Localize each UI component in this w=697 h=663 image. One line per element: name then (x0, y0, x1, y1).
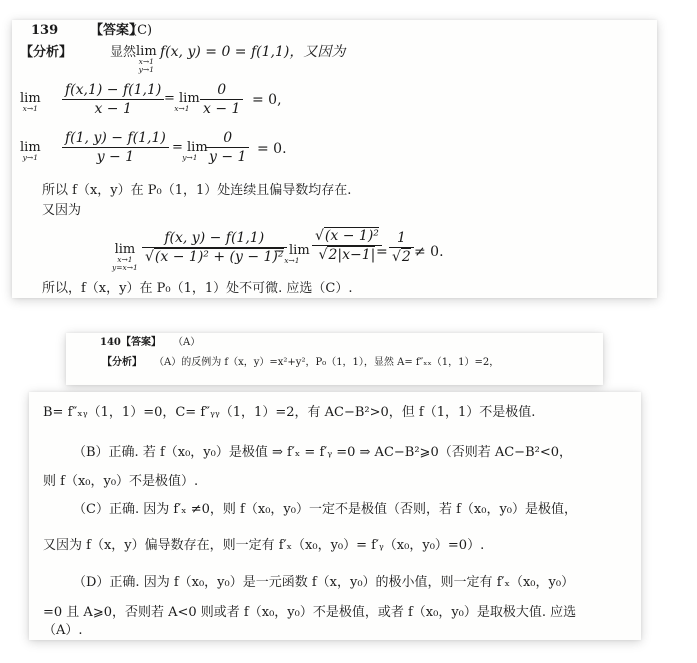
conclusion: 所以，f（x，y）在 P₀（1，1）处不可微. 应选（C）. (42, 281, 352, 297)
answer-value: （A） (173, 335, 200, 351)
analysis-label: 【分析】 (20, 45, 72, 61)
answer-value: (C) (132, 23, 152, 39)
analysis-prefix: 显然 (110, 45, 136, 61)
option-b-line-cont: 则 f（x₀，y₀）不是极值）. (43, 474, 198, 490)
option-b-line: （B）正确. 若 f（x₀，y₀）是极值 ⇒ f′ₓ = f′ᵧ =0 ⇒ AC… (73, 445, 572, 461)
option-c-line-cont: 又因为 f（x，y）偏导数存在，则一定有 f′ₓ（x₀，y₀）= f′ᵧ（x₀，… (43, 538, 484, 554)
analysis-text: （A）的反例为 f（x，y）=x²+y²，P₀（1，1），显然 A= f″ₓₓ（… (154, 355, 499, 371)
again-because: 又因为 (42, 203, 81, 219)
analysis-label: 【分析】 (102, 355, 142, 371)
solution-card-140-body: B= f″ₓᵧ（1，1）=0，C= f″ᵧᵧ（1，1）=2，有 AC−B²>0，… (29, 392, 641, 640)
solution-card-139: 139 【答案】 (C) 【分析】 显然 lim x→1 y→1 f(x, y)… (12, 20, 657, 298)
continuity-statement: 所以 f（x，y）在 P₀（1，1）处连续且偏导数均存在. (42, 183, 351, 199)
question-number: 140 (100, 335, 121, 351)
limit-expression: f(x, y) = 0 = f(1,1)，又因为 (160, 44, 345, 60)
limit-operator: lim x→1 y→1 (136, 45, 157, 74)
solution-line: B= f″ₓᵧ（1，1）=0，C= f″ᵧᵧ（1，1）=2，有 AC−B²>0，… (43, 405, 535, 421)
answer-label: 【答案】 (121, 335, 161, 351)
question-number: 139 (31, 23, 58, 39)
option-d-line: （D）正确. 因为 f（x₀，y₀）是一元函数 f（x，y₀）的极小值，则一定有… (73, 575, 574, 591)
final-answer: （A）. (43, 623, 83, 639)
option-d-line-cont: =0 且 A⩾0，否则若 A<0 则或者 f（x₀，y₀）不是极值，或者 f（x… (43, 605, 576, 621)
option-c-line: （C）正确. 因为 f′ₓ ≠0，则 f（x₀，y₀）一定不是极值（否则，若 f… (73, 502, 577, 518)
solution-card-140-header: 140 【答案】 （A） 【分析】 （A）的反例为 f（x，y）=x²+y²，P… (66, 333, 603, 385)
